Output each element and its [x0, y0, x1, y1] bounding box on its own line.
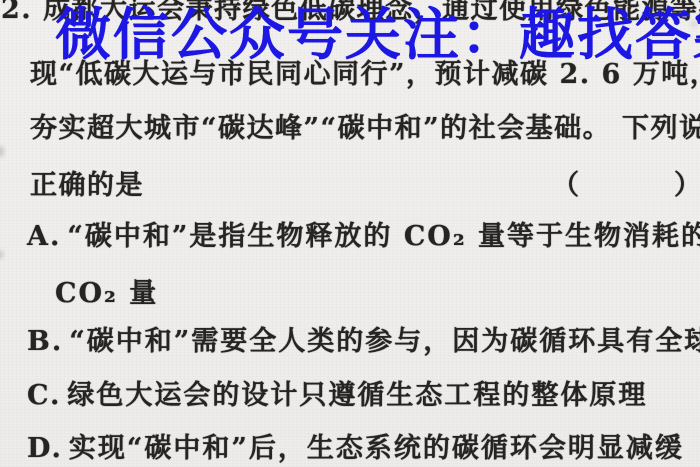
option-d: D.实现“碳中和”后，生态系统的碳循环会明显减缓 [27, 434, 684, 464]
option-d-label: D. [27, 433, 63, 464]
option-b-label: B. [27, 326, 63, 357]
scan-smudge [0, 146, 4, 157]
option-a: A.“碳中和”是指生物释放的 CO₂ 量等于生物消耗的 [27, 222, 700, 252]
option-c: C.绿色大运会的设计只遵循生态工程的整体原理 [27, 381, 647, 411]
option-b: B.“碳中和”需要全人类的参与，因为碳循环具有全球性 [27, 327, 700, 357]
question-stem-line-3: 夯实超大城市“碳达峰”“碳中和”的社会基础。 下列说法 [30, 114, 700, 144]
scan-smudge [0, 250, 3, 259]
scanned-exam-page: 2. 成都大运会秉持绿色低碳理念，通过使用绿色能源等措施，实 现“低碳大运与市民… [0, 0, 700, 467]
option-a-label: A. [27, 221, 61, 252]
scan-smudge [690, 20, 698, 28]
option-c-label: C. [27, 380, 61, 411]
option-a-text: “碳中和”是指生物释放的 CO₂ 量等于生物消耗的 [67, 221, 700, 252]
question-stem-line-4: 正确的是 [30, 171, 144, 201]
answer-brackets: （ ） [552, 171, 700, 201]
option-a-continuation: CO₂ 量 [55, 279, 158, 309]
option-d-text: 实现“碳中和”后，生态系统的碳循环会明显减缓 [69, 433, 684, 464]
option-c-text: 绿色大运会的设计只遵循生态工程的整体原理 [67, 380, 647, 411]
option-b-text: “碳中和”需要全人类的参与，因为碳循环具有全球性 [69, 326, 700, 357]
watermark-text: 微信公众号关注：趣找答案 [55, 6, 700, 64]
